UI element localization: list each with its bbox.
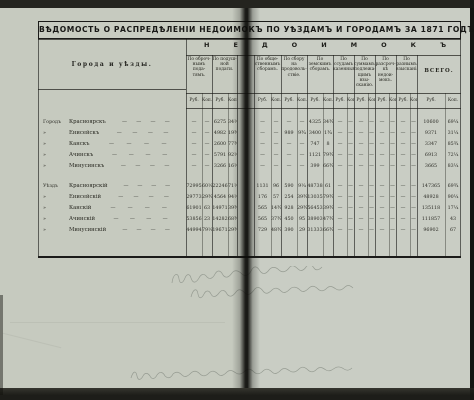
cell-rub: — (396, 225, 410, 236)
cell-rub: — (333, 128, 347, 139)
leader-dash: — (129, 150, 134, 161)
leader-dashes: — — — — (91, 203, 186, 214)
cell-kop: — (410, 203, 417, 214)
cell-rub: — (375, 214, 389, 225)
cell-rub: 6275 (212, 117, 228, 128)
leader-dashes: — — — — (99, 128, 186, 139)
unit-kop: Коп. (410, 93, 417, 108)
unit-kop: Коп. (297, 93, 307, 108)
grid-subline (368, 93, 369, 258)
leader-dashes: — — — — (108, 181, 186, 192)
leader-dash: — (132, 128, 137, 139)
leader-dash: — (122, 225, 127, 236)
cell-rub: 53856 (186, 214, 202, 225)
cell-total-rub: 10600 (417, 117, 445, 128)
cell-kop: — (297, 161, 307, 172)
row-label-prefix: Уѣздъ (38, 181, 69, 192)
cell-rub: — (333, 161, 347, 172)
row-label-name: Канскъ (69, 139, 89, 150)
cell-total-rub: 9371 (417, 128, 445, 139)
cell-kop: 14¾ (271, 203, 281, 214)
grid-subline (347, 93, 348, 258)
cell-total-kop: 72¼ (445, 150, 461, 161)
cell-rub: 14282 (212, 214, 228, 225)
cell-total-kop: 67 (445, 225, 461, 236)
grid-subline (297, 93, 298, 258)
row-label: » Канскій — — — — (38, 203, 186, 214)
cell-rub: 4982 (212, 128, 228, 139)
cell-kop: 79¾ (323, 150, 333, 161)
cell-total-kop: 43 (445, 214, 461, 225)
cell-rub: — (186, 161, 202, 172)
unit-rub: Руб. (417, 93, 445, 108)
row-label-prefix: Городъ (38, 117, 69, 128)
cell-total-kop: 85¾ (445, 139, 461, 150)
cell-rub: — (354, 214, 368, 225)
cell-kop: 63 (202, 203, 212, 214)
cell-kop: — (410, 128, 417, 139)
cell-kop: — (347, 192, 354, 203)
cell-kop: — (347, 139, 354, 150)
cell-rub: 29773 (186, 192, 202, 203)
cell-kop: 66¾ (323, 225, 333, 236)
total-column-header: ВСЕГО. (417, 55, 461, 93)
cell-total-kop: 17¼ (445, 203, 461, 214)
leader-dash: — (162, 203, 167, 214)
cell-kop: 29 (297, 225, 307, 236)
leader-dash: — (151, 181, 156, 192)
cell-rub: — (396, 214, 410, 225)
cell-total-kop: 69¼ (445, 117, 461, 128)
leader-dash: — (135, 161, 140, 172)
cell-rub: — (375, 181, 389, 192)
cell-kop: — (202, 139, 212, 150)
row-label-prefix: » (38, 192, 69, 203)
leader-dash: — (128, 203, 133, 214)
cell-kop: 48¾ (271, 225, 281, 236)
cell-kop: 66¾ (323, 161, 333, 172)
cell-kop: — (347, 214, 354, 225)
row-label: » Енисейскъ — — — — (38, 128, 186, 139)
cell-kop: — (389, 117, 396, 128)
unit-kop: Коп. (389, 93, 396, 108)
leader-dash: — (146, 214, 151, 225)
cell-rub: 38903 (307, 214, 323, 225)
cell-kop: — (410, 117, 417, 128)
cell-rub: — (375, 161, 389, 172)
leader-dash: — (161, 139, 166, 150)
cell-rub: — (396, 161, 410, 172)
column-header: По сбору на продоволь- ствіе. (281, 55, 307, 93)
cell-rub: 48738 (307, 181, 323, 192)
cell-rub: 989 (281, 128, 297, 139)
cell-total-rub: 135118 (417, 203, 445, 214)
cell-kop: — (271, 139, 281, 150)
cell-rub: — (333, 214, 347, 225)
leader-dash: — (150, 161, 155, 172)
cell-rub: — (375, 192, 389, 203)
leader-dash: — (150, 117, 155, 128)
cell-rub: — (375, 225, 389, 236)
leader-dash: — (136, 225, 141, 236)
column-header: По ссудамъ казеннымъ. (333, 55, 354, 93)
cell-kop: — (347, 128, 354, 139)
cell-kop: 39¾ (297, 192, 307, 203)
row-label-prefix: » (38, 150, 69, 161)
leader-dash: — (112, 150, 117, 161)
cell-rub: — (186, 150, 202, 161)
cell-kop: — (297, 139, 307, 150)
row-label: » Ачинскъ — — — — (38, 150, 186, 161)
table-spanner-heading: НЕДОИМОКЪ (186, 41, 461, 49)
cell-rub: 399 (307, 161, 323, 172)
unit-rub: Руб. (396, 93, 410, 108)
cell-rub: — (396, 203, 410, 214)
cell-total-kop: 90¼ (445, 192, 461, 203)
cell-kop: — (389, 181, 396, 192)
cell-rub: — (354, 117, 368, 128)
cell-rub: 72995 (186, 181, 202, 192)
cell-kop: — (410, 139, 417, 150)
cell-rub: — (281, 139, 297, 150)
cell-kop: — (389, 203, 396, 214)
leader-dash: — (109, 139, 114, 150)
cell-rub: — (396, 181, 410, 192)
cell-kop: — (202, 150, 212, 161)
cell-kop: 23 (202, 214, 212, 225)
cell-kop: 9¾ (297, 128, 307, 139)
cell-kop: — (368, 128, 375, 139)
row-label-name: Ачинскъ (69, 150, 93, 161)
cell-kop: — (368, 214, 375, 225)
cell-kop: — (389, 128, 396, 139)
cell-kop: 29¾ (202, 192, 212, 203)
column-header: По разсроч- кѣ недои- мокъ. (375, 55, 396, 93)
cell-kop: 47¾ (323, 214, 333, 225)
row-label: Городъ Красноярскъ — — — — (38, 117, 186, 128)
unit-kop: Коп. (271, 93, 281, 108)
cell-rub: — (333, 225, 347, 236)
column-header: По земскимъ сборамъ. (307, 55, 333, 93)
cell-kop: — (389, 150, 396, 161)
cell-kop: — (368, 181, 375, 192)
cell-kop: 61 (323, 181, 333, 192)
cell-kop: — (347, 203, 354, 214)
leader-dash: — (163, 128, 168, 139)
leader-dashes: — — — — (93, 150, 186, 161)
row-header-label: Города и уѣзды. (42, 61, 182, 68)
cell-total-rub: 6913 (417, 150, 445, 161)
column-header: По разнымъ взысканіямъ. (396, 55, 417, 93)
row-label-name: Минусинскій (69, 225, 106, 236)
cell-rub: 13035 (307, 192, 323, 203)
cell-rub: — (186, 117, 202, 128)
row-label-prefix: » (38, 214, 69, 225)
cell-rub: — (333, 192, 347, 203)
leader-dash: — (144, 139, 149, 150)
cell-kop: 29¾ (297, 203, 307, 214)
cell-kop: — (347, 181, 354, 192)
cell-kop: 79¾ (323, 192, 333, 203)
cell-kop: — (410, 150, 417, 161)
cell-kop: 96 (271, 181, 281, 192)
cell-rub: — (186, 139, 202, 150)
cell-total-rub: 111857 (417, 214, 445, 225)
cell-kop: — (389, 139, 396, 150)
cell-rub: — (281, 117, 297, 128)
cell-kop: — (368, 139, 375, 150)
cell-kop: — (368, 117, 375, 128)
leader-dash: — (163, 214, 168, 225)
cell-rub: — (354, 203, 368, 214)
cell-total-kop: 69¾ (445, 181, 461, 192)
scan-edge-right (470, 0, 474, 400)
cell-rub: 5791 (212, 150, 228, 161)
leader-dash: — (164, 192, 169, 203)
row-label-name: Енисейскій (69, 192, 101, 203)
cell-rub: — (396, 128, 410, 139)
cell-rub: 56453 (307, 203, 323, 214)
cell-rub: 61901 (186, 203, 202, 214)
cell-rub: — (396, 192, 410, 203)
cell-rub: 747 (307, 139, 323, 150)
leader-dash: — (133, 192, 138, 203)
cell-rub: — (396, 150, 410, 161)
grid-subline (323, 93, 324, 258)
leader-dash: — (145, 203, 150, 214)
cell-kop: — (271, 150, 281, 161)
cell-kop: — (368, 192, 375, 203)
leader-dash: — (165, 117, 170, 128)
cell-rub: — (375, 139, 389, 150)
cell-rub: 3400 (307, 128, 323, 139)
cell-kop: — (389, 214, 396, 225)
cell-kop: 60¼ (202, 181, 212, 192)
cell-total-rub: 3665 (417, 161, 445, 172)
leader-dash: — (165, 225, 170, 236)
leader-dash: — (118, 192, 123, 203)
leader-dash: — (137, 181, 142, 192)
leader-dash: — (148, 128, 153, 139)
cell-rub: — (281, 150, 297, 161)
column-headers-row: По оброч- нымъ пода- тямъ. По подуш- ной… (186, 55, 461, 93)
cell-rub: 390 (281, 225, 297, 236)
cell-rub: 450 (281, 214, 297, 225)
cell-kop: 9¼ (297, 181, 307, 192)
cell-kop: — (202, 117, 212, 128)
row-label-name: Красноярскій (69, 181, 108, 192)
unit-rub: Руб. (333, 93, 347, 108)
row-label: » Ачинскій — — — — (38, 214, 186, 225)
grid-subline (410, 93, 411, 258)
cell-rub: — (354, 150, 368, 161)
cell-rub: 3266 (212, 161, 228, 172)
scan-edge-top (0, 0, 474, 8)
cell-kop: 34¾ (323, 117, 333, 128)
paper-crease (10, 322, 225, 323)
grid-subline (271, 93, 272, 258)
cell-total-rub: 147365 (417, 181, 445, 192)
grid-subline (445, 93, 446, 258)
cell-kop: — (389, 225, 396, 236)
cell-kop: — (368, 161, 375, 172)
row-label-name: Енисейскъ (69, 128, 99, 139)
cell-kop: — (202, 128, 212, 139)
scanned-ledger-spread: ВѢДОМОСТЬ О РАСПРЕДѢЛЕНІИ НЕДОИМОКЪ ПО У… (0, 0, 474, 400)
cell-kop: — (347, 161, 354, 172)
leader-dash: — (117, 128, 122, 139)
cell-rub: — (333, 117, 347, 128)
cell-kop: 79¼ (202, 225, 212, 236)
cell-total-rub: 48928 (417, 192, 445, 203)
column-header: По суммамъ, подлежа- щимъ взы- сканію. (354, 55, 375, 93)
leader-dashes: — — — — (106, 225, 186, 236)
row-label-prefix: » (38, 225, 69, 236)
cell-kop: — (368, 150, 375, 161)
cell-kop: 95 (297, 214, 307, 225)
row-label: Уѣздъ Красноярскій — — — — (38, 181, 186, 192)
cell-rub: 590 (281, 181, 297, 192)
cell-rub: 1121 (307, 150, 323, 161)
cell-rub: — (333, 139, 347, 150)
cell-rub: — (333, 181, 347, 192)
unit-rub: Руб. (186, 93, 202, 108)
cell-kop: — (410, 192, 417, 203)
cell-rub: 254 (281, 192, 297, 203)
row-label: » Канскъ — — — — (38, 139, 186, 150)
cell-rub: 19671 (212, 225, 228, 236)
cell-kop: — (410, 181, 417, 192)
leader-dashes: — — — — (106, 117, 186, 128)
cell-total-rub: 96902 (417, 225, 445, 236)
cell-kop: — (389, 192, 396, 203)
row-label-prefix: » (38, 203, 69, 214)
grid-subline (389, 93, 390, 258)
unit-rub: Руб. (307, 93, 323, 108)
leader-dashes: — — — — (101, 192, 186, 203)
cell-kop: — (410, 214, 417, 225)
cell-rub: — (354, 139, 368, 150)
unit-rub: Руб. (212, 93, 228, 108)
leader-dash: — (149, 192, 154, 203)
cell-rub: — (396, 139, 410, 150)
cell-kop: — (297, 117, 307, 128)
cell-rub: — (354, 161, 368, 172)
cell-rub: 928 (281, 203, 297, 214)
leader-dash: — (145, 150, 150, 161)
cell-rub: — (354, 128, 368, 139)
cell-total-kop: 31¼ (445, 128, 461, 139)
row-label-name: Канскій (69, 203, 91, 214)
cell-rub: 22246 (212, 181, 228, 192)
cell-total-kop: 83¼ (445, 161, 461, 172)
leader-dash: — (113, 214, 118, 225)
cell-kop: — (347, 150, 354, 161)
cell-rub: — (354, 181, 368, 192)
cell-rub: — (186, 128, 202, 139)
book-fold-shadow (232, 0, 260, 400)
leader-dash: — (122, 117, 127, 128)
handwritten-annotation-2 (188, 283, 368, 303)
leader-dash: — (130, 214, 135, 225)
leader-dash: — (126, 139, 131, 150)
row-label-name: Минусинскъ (69, 161, 104, 172)
leader-dash: — (121, 161, 126, 172)
column-header: По оброч- нымъ пода- тямъ. (186, 55, 212, 93)
cell-rub: 4564 (212, 192, 228, 203)
cell-kop: 8 (323, 139, 333, 150)
cell-rub: 2600 (212, 139, 228, 150)
grid-subline (202, 93, 203, 258)
cell-rub: — (354, 225, 368, 236)
leader-dashes: — — — — (95, 214, 186, 225)
unit-kop: Коп. (368, 93, 375, 108)
row-label: » Енисейскій — — — — (38, 192, 186, 203)
cell-kop: — (271, 128, 281, 139)
leader-dash: — (165, 181, 170, 192)
row-label: » Минусинскъ — — — — (38, 161, 186, 172)
cell-kop: — (297, 150, 307, 161)
cell-rub: 31333 (307, 225, 323, 236)
cell-kop: 57 (271, 192, 281, 203)
leader-dash: — (110, 203, 115, 214)
cell-rub: — (333, 150, 347, 161)
scan-edge-bottom (0, 388, 474, 400)
leader-dash: — (151, 225, 156, 236)
cell-kop: — (347, 117, 354, 128)
leader-dash: — (123, 181, 128, 192)
cell-kop: — (410, 161, 417, 172)
cell-rub: — (396, 117, 410, 128)
cell-kop: 1¾ (323, 128, 333, 139)
unit-rub: Руб. (354, 93, 368, 108)
row-label-prefix: » (38, 128, 69, 139)
cell-rub: — (375, 117, 389, 128)
cell-rub: — (375, 203, 389, 214)
cell-total-rub: 3347 (417, 139, 445, 150)
row-label-name: Красноярскъ (69, 117, 106, 128)
cell-rub: — (354, 192, 368, 203)
cell-kop: — (271, 161, 281, 172)
cell-kop: — (347, 225, 354, 236)
leader-dashes: — — — — (89, 139, 186, 150)
scan-edge-left (0, 295, 3, 395)
cell-rub: — (375, 128, 389, 139)
cell-rub: 4325 (307, 117, 323, 128)
unit-kop: Коп. (323, 93, 333, 108)
cell-kop: 37¾ (271, 214, 281, 225)
cell-kop: — (271, 117, 281, 128)
row-label-prefix: » (38, 139, 69, 150)
cell-kop: 39¾ (323, 203, 333, 214)
unit-kop: Коп. (445, 93, 461, 108)
cell-kop: — (368, 225, 375, 236)
unit-rub: Руб. (281, 93, 297, 108)
cell-rub: — (281, 161, 297, 172)
leader-dash: — (162, 150, 167, 161)
leader-dashes: — — — — (104, 161, 186, 172)
grid-subline (228, 93, 229, 258)
cell-kop: — (410, 225, 417, 236)
cell-kop: — (389, 161, 396, 172)
leader-dash: — (164, 161, 169, 172)
unit-kop: Коп. (202, 93, 212, 108)
cell-rub: — (333, 203, 347, 214)
unit-rub: Руб. (375, 93, 389, 108)
unit-kop: Коп. (347, 93, 354, 108)
grid-line (38, 89, 186, 90)
cell-rub: 44994 (186, 225, 202, 236)
